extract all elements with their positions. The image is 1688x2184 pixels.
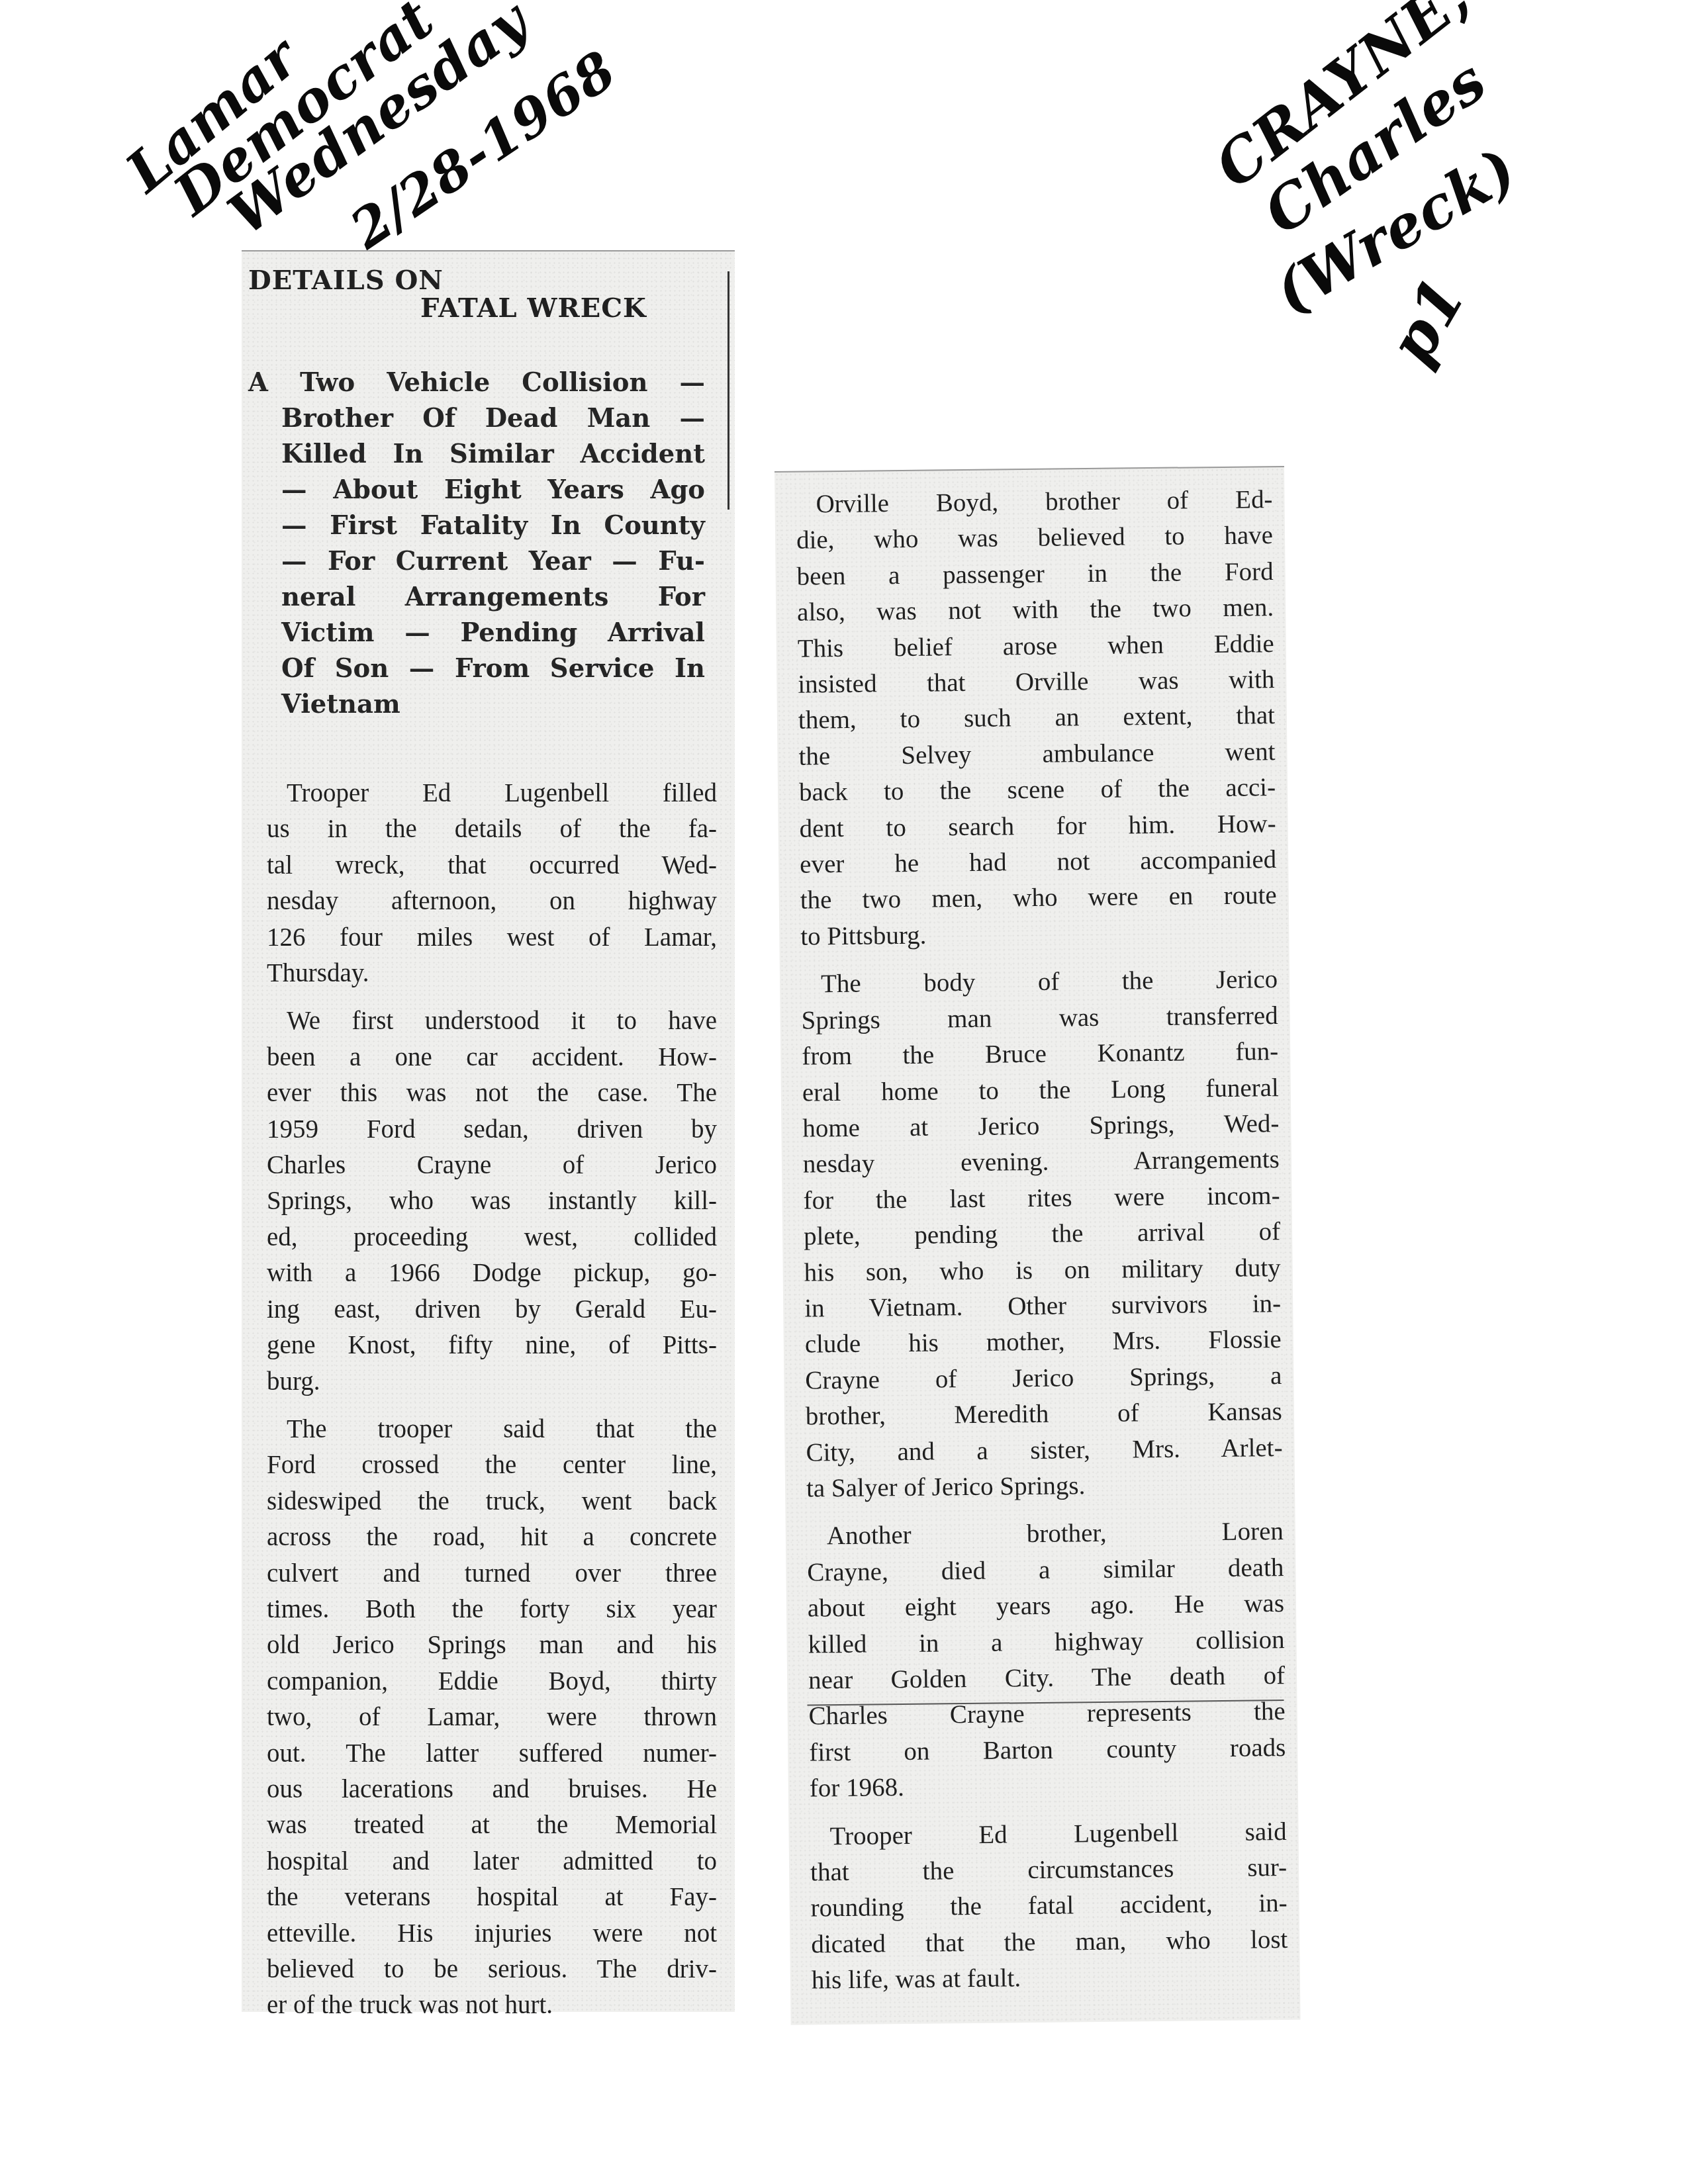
text-line: Crayne of Jerico Springs, a	[805, 1358, 1282, 1399]
text-line: believed to be serious. The driv-	[267, 1952, 717, 1987]
text-line: We first understood it to have	[267, 1003, 717, 1039]
paragraph: The body of the JericoSprings man was tr…	[801, 962, 1284, 1507]
text-line: tal wreck, that occurred Wed-	[267, 848, 717, 884]
text-line: first on Barton county roads	[809, 1730, 1286, 1771]
text-line: City, and a sister, Mrs. Arlet-	[806, 1430, 1283, 1471]
paragraph-gap	[267, 1400, 717, 1412]
text-line: times. Both the forty six year	[267, 1592, 717, 1627]
text-line: Charles Crayne of Jerico	[267, 1148, 717, 1183]
article-deck: A Two Vehicle Collision —Brother Of Dead…	[248, 365, 705, 723]
text-line: us in the details of the fa-	[267, 811, 717, 847]
clipping-right-column: Orville Boyd, brother of Ed-die, who was…	[774, 466, 1301, 2025]
paragraph: Orville Boyd, brother of Ed-die, who was…	[796, 482, 1277, 955]
text-line: old Jerico Springs man and his	[267, 1627, 717, 1663]
text-line: across the road, hit a concrete	[267, 1520, 717, 1555]
text-line: Springs, who was instantly kill-	[267, 1183, 717, 1219]
text-line: insisted that Orville was with	[798, 662, 1275, 703]
text-line: for the last rites were incom-	[803, 1178, 1280, 1219]
text-line: was treated at the Memorial	[267, 1807, 717, 1843]
text-line: Crayne, died a similar death	[807, 1550, 1284, 1591]
text-line: eral home to the Long funeral	[802, 1070, 1280, 1111]
deck-line: Brother Of Dead Man —	[248, 401, 705, 437]
text-line: er of the truck was not hurt.	[267, 1987, 717, 2023]
text-line: ed, proceeding west, collided	[267, 1220, 717, 1255]
clipping-left-column: DETAILS ON FATAL WRECK A Two Vehicle Col…	[242, 250, 735, 2012]
article-body-right: Orville Boyd, brother of Ed-die, who was…	[796, 482, 1288, 1999]
text-line: dicated that the man, who lost	[811, 1922, 1288, 1963]
deck-line: Killed In Similar Accident	[248, 437, 705, 473]
text-line: ever he had not accompanied	[800, 842, 1277, 883]
text-line: rounding the fatal accident, in-	[810, 1886, 1288, 1927]
handwritten-source-note: Lamar Democrat Wednesday 2/28-1968	[142, 46, 606, 245]
text-line: Orville Boyd, brother of Ed-	[796, 482, 1273, 523]
text-line: ever this was not the case. The	[267, 1075, 717, 1111]
text-line: that the circumstances sur-	[810, 1850, 1288, 1891]
text-line: for 1968.	[810, 1766, 1287, 1807]
handwritten-page: p1	[1374, 265, 1479, 376]
text-line: hospital and later admitted to	[267, 1844, 717, 1880]
deck-line: neral Arrangements For	[248, 580, 705, 615]
paragraph: The trooper said that theFord crossed th…	[267, 1412, 717, 2024]
text-line: the Selvey ambulance went	[798, 734, 1276, 775]
text-line: Trooper Ed Lugenbell filled	[267, 776, 717, 811]
deck-line: — For Current Year — Fu-	[248, 544, 705, 580]
text-line: burg.	[267, 1364, 717, 1400]
text-line: about eight years ago. He was	[808, 1586, 1285, 1627]
text-line: culvert and turned over three	[267, 1556, 717, 1592]
text-line: killed in a highway collision	[808, 1622, 1285, 1663]
text-line: companion, Eddie Boyd, thirty	[267, 1664, 717, 1700]
deck-line: Victim — Pending Arrival	[248, 615, 705, 651]
paragraph: Trooper Ed Lugenbell filledus in the det…	[267, 776, 717, 991]
paragraph: Another brother, LorenCrayne, died a sim…	[807, 1514, 1287, 1807]
deck-line: A Two Vehicle Collision —	[248, 365, 705, 401]
text-line: gene Knost, fifty nine, of Pitts-	[267, 1328, 717, 1363]
text-line: ta Salyer of Jerico Springs.	[806, 1466, 1284, 1507]
text-line: The trooper said that the	[267, 1412, 717, 1447]
text-line: been a one car accident. How-	[267, 1040, 717, 1075]
text-line: 1959 Ford sedan, driven by	[267, 1112, 717, 1148]
text-line: Thursday.	[267, 956, 717, 991]
text-line: etteville. His injuries were not	[267, 1916, 717, 1952]
paragraph: Trooper Ed Lugenbell saidthat the circum…	[810, 1814, 1288, 1999]
text-line: Springs man was transferred	[801, 998, 1278, 1039]
text-line: sideswiped the truck, went back	[267, 1484, 717, 1520]
text-line: The body of the Jerico	[801, 962, 1278, 1003]
handwritten-index-note: CRAYNE, Charles (Wreck) p1	[1218, 53, 1523, 384]
text-line: with a 1966 Dodge pickup, go-	[267, 1255, 717, 1291]
text-line: the veterans hospital at Fay-	[267, 1880, 717, 1915]
deck-line: Vietnam	[248, 687, 705, 723]
text-line: to Pittsburg.	[800, 914, 1278, 955]
text-line: from the Bruce Konantz fun-	[802, 1034, 1279, 1075]
text-line: 126 four miles west of Lamar,	[267, 920, 717, 956]
text-line: back to the scene of the acci-	[799, 770, 1276, 811]
text-line: near Golden City. The death of	[808, 1658, 1286, 1699]
text-line: been a passenger in the Ford	[796, 554, 1274, 595]
text-line: out. The latter suffered numer-	[267, 1736, 717, 1772]
text-line: his life, was at fault.	[812, 1958, 1289, 1999]
text-line: home at Jerico Springs, Wed-	[802, 1106, 1280, 1147]
text-line: die, who was believed to have	[796, 518, 1274, 559]
text-line: in Vietnam. Other survivors in-	[804, 1286, 1282, 1327]
text-line: Ford crossed the center line,	[267, 1447, 717, 1483]
deck-line: Of Son — From Service In	[248, 651, 705, 687]
text-line: nesday evening. Arrangements	[803, 1142, 1280, 1183]
text-line: also, was not with the two men.	[797, 590, 1274, 631]
text-line: clude his mother, Mrs. Flossie	[805, 1322, 1282, 1363]
text-line: ous lacerations and bruises. He	[267, 1772, 717, 1807]
text-line: brother, Meredith of Kansas	[806, 1394, 1283, 1435]
headline-line-2: FATAL WRECK	[420, 293, 647, 324]
text-line: Trooper Ed Lugenbell said	[810, 1814, 1287, 1855]
text-line: This belief arose when Eddie	[798, 626, 1275, 667]
article-body-left: Trooper Ed Lugenbell filledus in the det…	[267, 776, 717, 2024]
headline-line-1: DETAILS ON	[248, 265, 444, 296]
paragraph-gap	[267, 991, 717, 1003]
paragraph: We first understood it to havebeen a one…	[267, 1003, 717, 1399]
text-line: ing east, driven by Gerald Eu-	[267, 1292, 717, 1328]
deck-line: — First Fatality In County	[248, 508, 705, 544]
text-line: plete, pending the arrival of	[804, 1214, 1281, 1255]
text-line: two, of Lamar, were thrown	[267, 1700, 717, 1735]
deck-line: — About Eight Years Ago	[248, 473, 705, 508]
text-line: them, to such an extent, that	[798, 698, 1276, 739]
text-line: his son, who is on military duty	[804, 1250, 1281, 1291]
text-line: dent to search for him. How-	[799, 806, 1276, 847]
text-line: Another brother, Loren	[807, 1514, 1284, 1555]
text-line: nesday afternoon, on highway	[267, 884, 717, 919]
text-line: the two men, who were en route	[800, 878, 1278, 919]
